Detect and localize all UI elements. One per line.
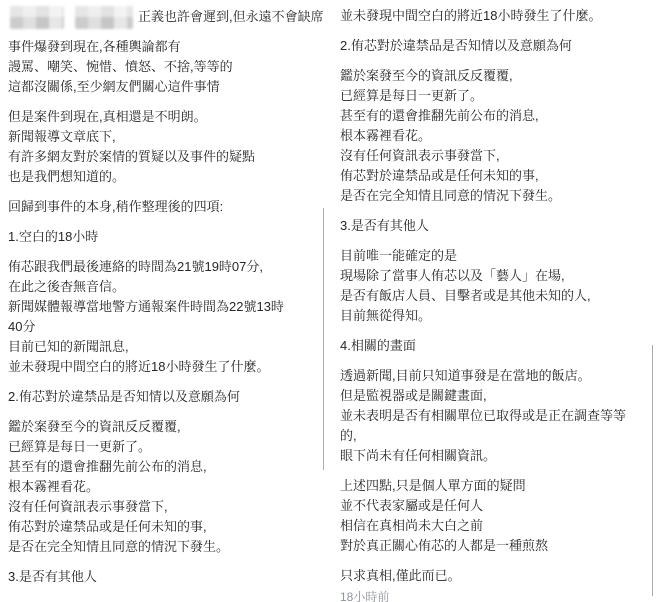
paragraph: 2.侑芯對於違禁品是否知情以及意願為何 bbox=[8, 387, 326, 407]
text-line: 目前無從得知。 bbox=[340, 306, 656, 326]
text-line: 是否有飯店人員、目擊者或是其他未知的人, bbox=[340, 286, 656, 306]
text-line: 2.侑芯對於違禁品是否知情以及意願為何 bbox=[340, 36, 656, 56]
text-line: 是否在完全知情且同意的情況下發生。 bbox=[340, 186, 656, 206]
text-line: 侑芯對於違禁品或是任何未知的事, bbox=[340, 166, 656, 186]
text-line: 在此之後杳無音信。 bbox=[8, 277, 326, 297]
post-screenshot: 正義也許會遲到,但永遠不會缺席 事件爆發到現在,各種輿論都有謾罵、嘲笑、惋惜、憤… bbox=[0, 0, 656, 602]
text-line: 新聞媒體報導當地警方通報案件時間為22號13時 bbox=[8, 297, 326, 317]
paragraph: 3.是否有其他人 bbox=[340, 216, 656, 236]
text-line: 鑑於案發至今的資訊反反覆覆, bbox=[8, 417, 326, 437]
paragraph: 回歸到事件的本身,稍作整理後的四項: bbox=[8, 197, 326, 217]
post-timestamp[interactable]: 18小時前 bbox=[340, 589, 656, 602]
text-line: 新聞報導文章底下, bbox=[8, 127, 326, 147]
paragraph: 事件爆發到現在,各種輿論都有謾罵、嘲笑、惋惜、憤怒、不捨,等等的這都沒關係,至少… bbox=[8, 37, 326, 97]
text-line: 但是案件到現在,真相還是不明朗。 bbox=[8, 107, 326, 127]
paragraph: 2.侑芯對於違禁品是否知情以及意願為何 bbox=[340, 36, 656, 56]
text-line: 已經算是每日一更新了。 bbox=[8, 437, 326, 457]
right-text-column: 並未發現中間空白的將近18小時發生了什麼。2.侑芯對於違禁品是否知情以及意願為何… bbox=[340, 6, 656, 602]
text-line: 並未發現中間空白的將近18小時發生了什麼。 bbox=[8, 357, 326, 377]
text-line: 並不代表家屬或是任何人 bbox=[340, 496, 656, 516]
text-line: 有許多網友對於案情的質疑以及事件的疑點 bbox=[8, 147, 326, 167]
text-line: 眼下尚未有任何相關資訊。 bbox=[340, 446, 656, 466]
text-line: 對於真正關心侑芯的人都是一種煎熬 bbox=[340, 536, 656, 556]
redacted-name-blur bbox=[10, 6, 133, 29]
text-line: 3.是否有其他人 bbox=[340, 216, 656, 236]
text-line: 上述四點,只是個人單方面的疑問 bbox=[340, 476, 656, 496]
paragraph: 上述四點,只是個人單方面的疑問並不代表家屬或是任何人相信在真相尚未大白之前對於真… bbox=[340, 476, 656, 556]
text-line: 鑑於案發至今的資訊反反覆覆, bbox=[340, 66, 656, 86]
text-line: 目前唯一能確定的是 bbox=[340, 246, 656, 266]
header-quote: 正義也許會遲到,但永遠不會缺席 bbox=[138, 7, 324, 27]
text-line: 的, bbox=[340, 426, 656, 446]
text-line: 但是監視器或是關鍵畫面, bbox=[340, 386, 656, 406]
text-line: 侑芯跟我們最後連絡的時間為21號19時07分, bbox=[8, 257, 326, 277]
right-paragraphs: 並未發現中間空白的將近18小時發生了什麼。2.侑芯對於違禁品是否知情以及意願為何… bbox=[340, 6, 656, 586]
paragraph: 並未發現中間空白的將近18小時發生了什麼。 bbox=[340, 6, 656, 26]
text-line: 謾罵、嘲笑、惋惜、憤怒、不捨,等等的 bbox=[8, 57, 326, 77]
text-line: 事件爆發到現在,各種輿論都有 bbox=[8, 37, 326, 57]
paragraph: 鑑於案發至今的資訊反反覆覆,已經算是每日一更新了。甚至有的還會推翻先前公布的消息… bbox=[340, 66, 656, 206]
paragraph: 3.是否有其他人 bbox=[8, 567, 326, 587]
left-paragraphs: 事件爆發到現在,各種輿論都有謾罵、嘲笑、惋惜、憤怒、不捨,等等的這都沒關係,至少… bbox=[8, 37, 326, 587]
text-line: 這都沒關係,至少網友們關心這件事情 bbox=[8, 77, 326, 97]
text-line: 甚至有的還會推翻先前公布的消息, bbox=[340, 106, 656, 126]
paragraph: 4.相關的畫面 bbox=[340, 336, 656, 356]
paragraph: 只求真相,僅此而已。 bbox=[340, 566, 656, 586]
blur-block bbox=[10, 6, 64, 29]
text-line: 甚至有的還會推翻先前公布的消息, bbox=[8, 457, 326, 477]
text-line: 3.是否有其他人 bbox=[8, 567, 326, 587]
text-line: 沒有任何資訊表示事發當下, bbox=[340, 146, 656, 166]
text-line: 相信在真相尚未大白之前 bbox=[340, 516, 656, 536]
text-line: 沒有任何資訊表示事發當下, bbox=[8, 497, 326, 517]
paragraph: 透過新聞,目前只知道事發是在當地的飯店。但是監視器或是關鍵畫面,並未表明是否有相… bbox=[340, 366, 656, 466]
text-line: 1.空白的18小時 bbox=[8, 227, 326, 247]
paragraph: 1.空白的18小時 bbox=[8, 227, 326, 247]
text-line: 根本霧裡看花。 bbox=[8, 477, 326, 497]
paragraph: 但是案件到現在,真相還是不明朗。新聞報導文章底下,有許多網友對於案情的質疑以及事… bbox=[8, 107, 326, 187]
text-line: 現場除了當事人侑芯以及「藝人」在場, bbox=[340, 266, 656, 286]
text-line: 透過新聞,目前只知道事發是在當地的飯店。 bbox=[340, 366, 656, 386]
paragraph: 鑑於案發至今的資訊反反覆覆,已經算是每日一更新了。甚至有的還會推翻先前公布的消息… bbox=[8, 417, 326, 557]
text-line: 是否在完全知情且同意的情況下發生。 bbox=[8, 537, 326, 557]
right-edge-divider-line bbox=[652, 345, 653, 596]
text-line: 已經算是每日一更新了。 bbox=[340, 86, 656, 106]
text-line: 並未表明是否有相關單位已取得或是正在調查等等 bbox=[340, 406, 656, 426]
text-line: 並未發現中間空白的將近18小時發生了什麼。 bbox=[340, 6, 656, 26]
blur-block bbox=[75, 6, 133, 29]
post-header-line: 正義也許會遲到,但永遠不會缺席 bbox=[8, 6, 326, 28]
text-line: 2.侑芯對於違禁品是否知情以及意願為何 bbox=[8, 387, 326, 407]
text-line: 也是我們想知道的。 bbox=[8, 167, 326, 187]
text-line: 40分 bbox=[8, 317, 326, 337]
paragraph: 目前唯一能確定的是現場除了當事人侑芯以及「藝人」在場,是否有飯店人員、目擊者或是… bbox=[340, 246, 656, 326]
text-line: 只求真相,僅此而已。 bbox=[340, 566, 656, 586]
text-line: 侑芯對於違禁品或是任何未知的事, bbox=[8, 517, 326, 537]
left-text-column: 正義也許會遲到,但永遠不會缺席 事件爆發到現在,各種輿論都有謾罵、嘲笑、惋惜、憤… bbox=[8, 6, 326, 587]
text-line: 根本霧裡看花。 bbox=[340, 126, 656, 146]
column-divider-line bbox=[323, 208, 324, 470]
text-line: 目前已知的新聞訊息, bbox=[8, 337, 326, 357]
text-line: 回歸到事件的本身,稍作整理後的四項: bbox=[8, 197, 326, 217]
paragraph: 侑芯跟我們最後連絡的時間為21號19時07分,在此之後杳無音信。新聞媒體報導當地… bbox=[8, 257, 326, 377]
text-line: 4.相關的畫面 bbox=[340, 336, 656, 356]
